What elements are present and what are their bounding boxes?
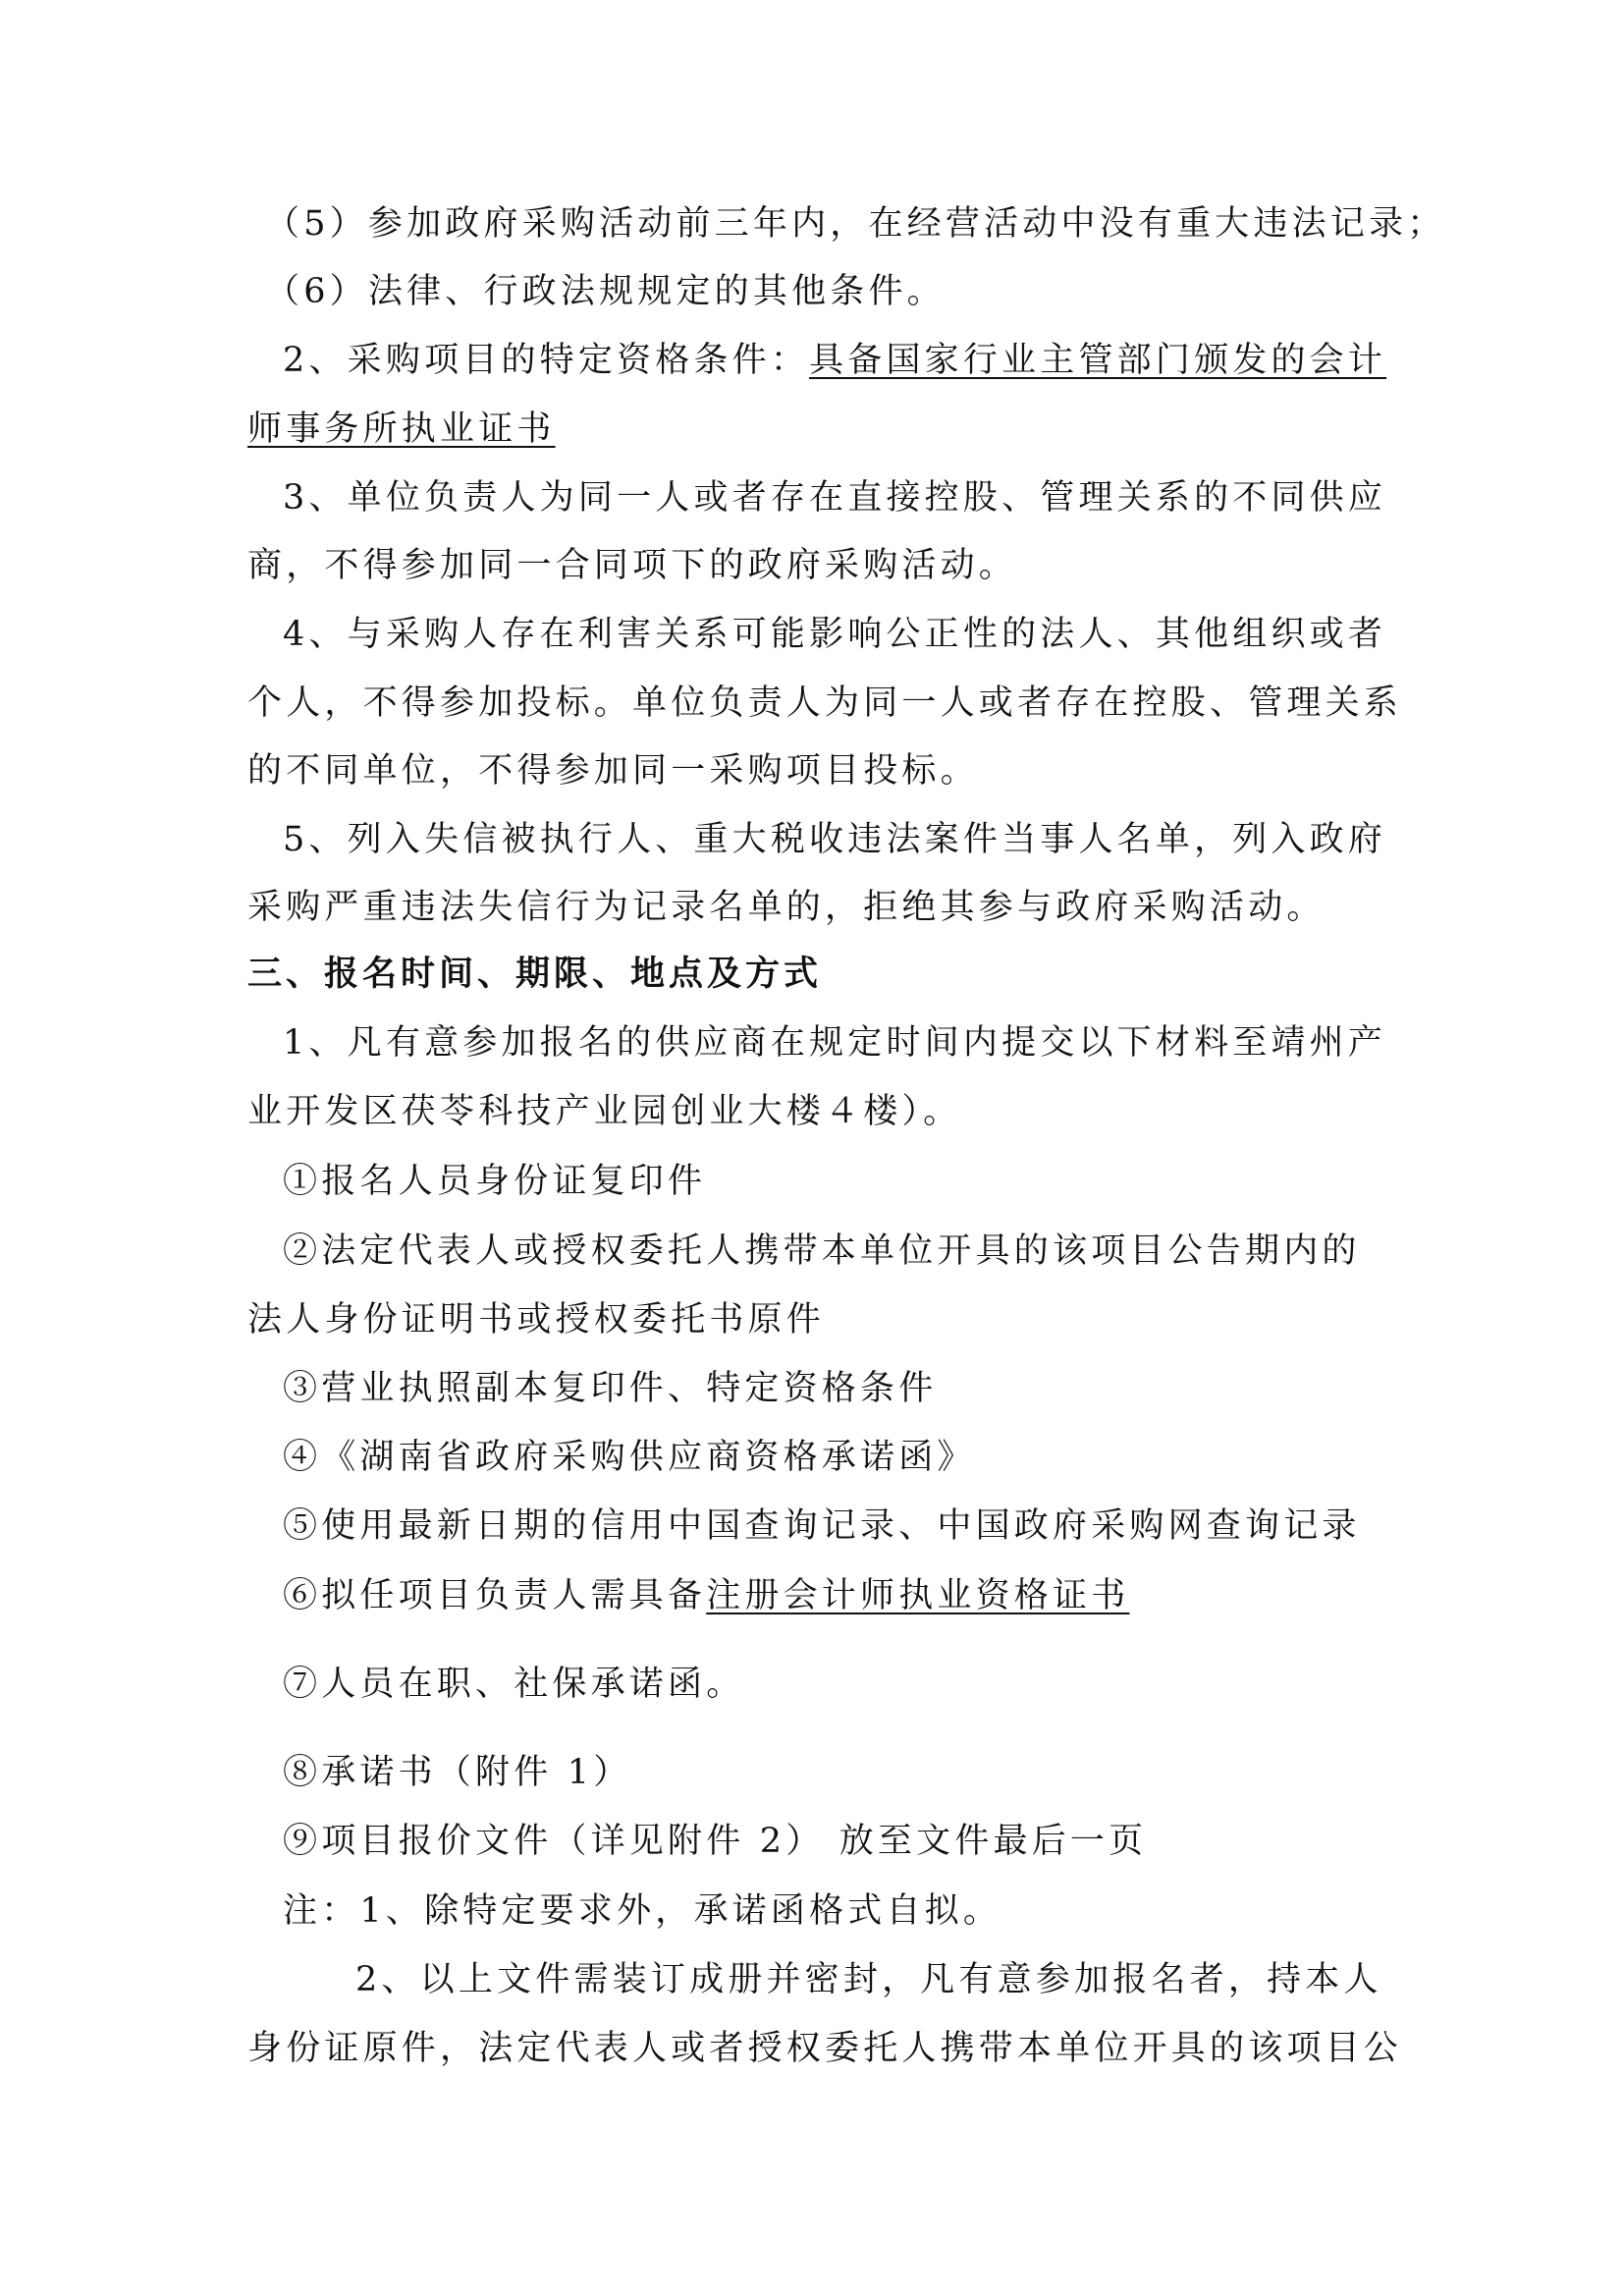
line-text: ⑧承诺书（附件 1） <box>283 1753 631 1792</box>
line-text: 个人，不得参加投标。单位负责人为同一人或者存在控股、管理关系 <box>247 683 1402 723</box>
material-2: ②法定代表人或授权委托人携带本单位开具的该项目公告期内的 <box>283 1227 1422 1276</box>
specific-qualification: 2、采购项目的特定资格条件：具备国家行业主管部门颁发的会计 <box>283 336 1422 385</box>
line-text: ①报名人员身份证复印件 <box>283 1162 706 1201</box>
clause-3: 3、单位负责人为同一人或者存在直接控股、管理关系的不同供应 <box>283 473 1422 522</box>
line-text: 采购严重违法失信行为记录名单的，拒绝其参与政府采购活动。 <box>247 888 1325 927</box>
material-7: ⑦人员在职、社保承诺函。 <box>283 1660 1422 1709</box>
condition-6: （6）法律、行政法规规定的其他条件。 <box>265 267 1404 316</box>
document-page: （5）参加政府采购活动前三年内，在经营活动中没有重大违法记录； （6）法律、行政… <box>0 0 1623 2296</box>
note-2: 2、以上文件需装订成册并密封，凡有意参加报名者，持本人 <box>355 1955 1494 2004</box>
clause-3-cont: 商，不得参加同一合同项下的政府采购活动。 <box>247 541 1386 590</box>
line-text: ③营业执照副本复印件、特定资格条件 <box>283 1369 937 1408</box>
registration-item-1-cont: 业开发区茯苓科技产业园创业大楼４楼）。 <box>247 1087 1386 1136</box>
line-text: 法人身份证明书或授权委托书原件 <box>247 1300 825 1339</box>
line-text: ⑤使用最新日期的信用中国查询记录、中国政府采购网查询记录 <box>283 1506 1361 1546</box>
note-1: 注：1、除特定要求外，承诺函格式自拟。 <box>283 1886 1422 1936</box>
specific-qualification-cont: 师事务所执业证书 <box>247 405 1386 454</box>
material-4: ④《湖南省政府采购供应商资格承诺函》 <box>283 1433 1422 1482</box>
line-text: 的不同单位，不得参加同一采购项目投标。 <box>247 751 979 791</box>
note-2-cont: 身份证原件，法定代表人或者授权委托人携带本单位开具的该项目公 <box>247 2024 1386 2073</box>
material-1: ①报名人员身份证复印件 <box>283 1157 1422 1206</box>
line-text: ⑨项目报价文件（详见附件 2） 放至文件最后一页 <box>283 1822 1147 1861</box>
section-heading-3: 三、报名时间、期限、地点及方式 <box>247 950 1386 999</box>
clause-4-cont-2: 的不同单位，不得参加同一采购项目投标。 <box>247 746 1386 795</box>
clause-4-cont-1: 个人，不得参加投标。单位负责人为同一人或者存在控股、管理关系 <box>247 679 1386 728</box>
line-text: 注：1、除特定要求外，承诺函格式自拟。 <box>283 1891 1001 1931</box>
line-text: 商，不得参加同一合同项下的政府采购活动。 <box>247 546 1017 585</box>
line-text: 2、以上文件需装订成册并密封，凡有意参加报名者，持本人 <box>355 1960 1382 1999</box>
line-text: 3、单位负责人为同一人或者存在直接控股、管理关系的不同供应 <box>283 478 1386 518</box>
line-text: ⑦人员在职、社保承诺函。 <box>283 1665 744 1704</box>
line-text: 5、列入失信被执行人、重大税收违法案件当事人名单，列入政府 <box>283 820 1386 859</box>
line-text: 身份证原件，法定代表人或者授权委托人携带本单位开具的该项目公 <box>247 2029 1402 2068</box>
underlined-requirement: 注册会计师执业资格证书 <box>706 1576 1129 1615</box>
line-text: 业开发区茯苓科技产业园创业大楼４楼）。 <box>247 1092 961 1131</box>
line-text: ⑥拟任项目负责人需具备 <box>283 1576 706 1615</box>
underlined-requirement: 具备国家行业主管部门颁发的会计 <box>809 341 1386 380</box>
line-text: 4、与采购人存在利害关系可能影响公正性的法人、其他组织或者 <box>283 615 1386 654</box>
line-text: ④《湖南省政府采购供应商资格承诺函》 <box>283 1438 976 1477</box>
clause-5: 5、列入失信被执行人、重大税收违法案件当事人名单，列入政府 <box>283 815 1422 864</box>
material-3: ③营业执照副本复印件、特定资格条件 <box>283 1364 1422 1413</box>
clause-5-cont: 采购严重违法失信行为记录名单的，拒绝其参与政府采购活动。 <box>247 883 1386 932</box>
clause-4: 4、与采购人存在利害关系可能影响公正性的法人、其他组织或者 <box>283 610 1422 659</box>
underlined-requirement: 师事务所执业证书 <box>247 410 556 449</box>
line-text: ②法定代表人或授权委托人携带本单位开具的该项目公告期内的 <box>283 1231 1361 1271</box>
line-text: （5）参加政府采购活动前三年内，在经营活动中没有重大违法记录； <box>265 204 1445 244</box>
line-text: （6）法律、行政法规规定的其他条件。 <box>265 272 946 311</box>
material-5: ⑤使用最新日期的信用中国查询记录、中国政府采购网查询记录 <box>283 1502 1422 1551</box>
material-9: ⑨项目报价文件（详见附件 2） 放至文件最后一页 <box>283 1817 1422 1866</box>
heading-text: 三、报名时间、期限、地点及方式 <box>247 954 822 994</box>
condition-5: （5）参加政府采购活动前三年内，在经营活动中没有重大违法记录； <box>265 199 1404 248</box>
registration-item-1: 1、凡有意参加报名的供应商在规定时间内提交以下材料至靖州产 <box>283 1018 1422 1067</box>
material-2-cont: 法人身份证明书或授权委托书原件 <box>247 1295 1386 1344</box>
material-8: ⑧承诺书（附件 1） <box>283 1748 1422 1797</box>
line-text: 1、凡有意参加报名的供应商在规定时间内提交以下材料至靖州产 <box>283 1023 1386 1063</box>
line-text: 2、采购项目的特定资格条件： <box>283 341 809 380</box>
material-6: ⑥拟任项目负责人需具备注册会计师执业资格证书 <box>283 1571 1422 1620</box>
